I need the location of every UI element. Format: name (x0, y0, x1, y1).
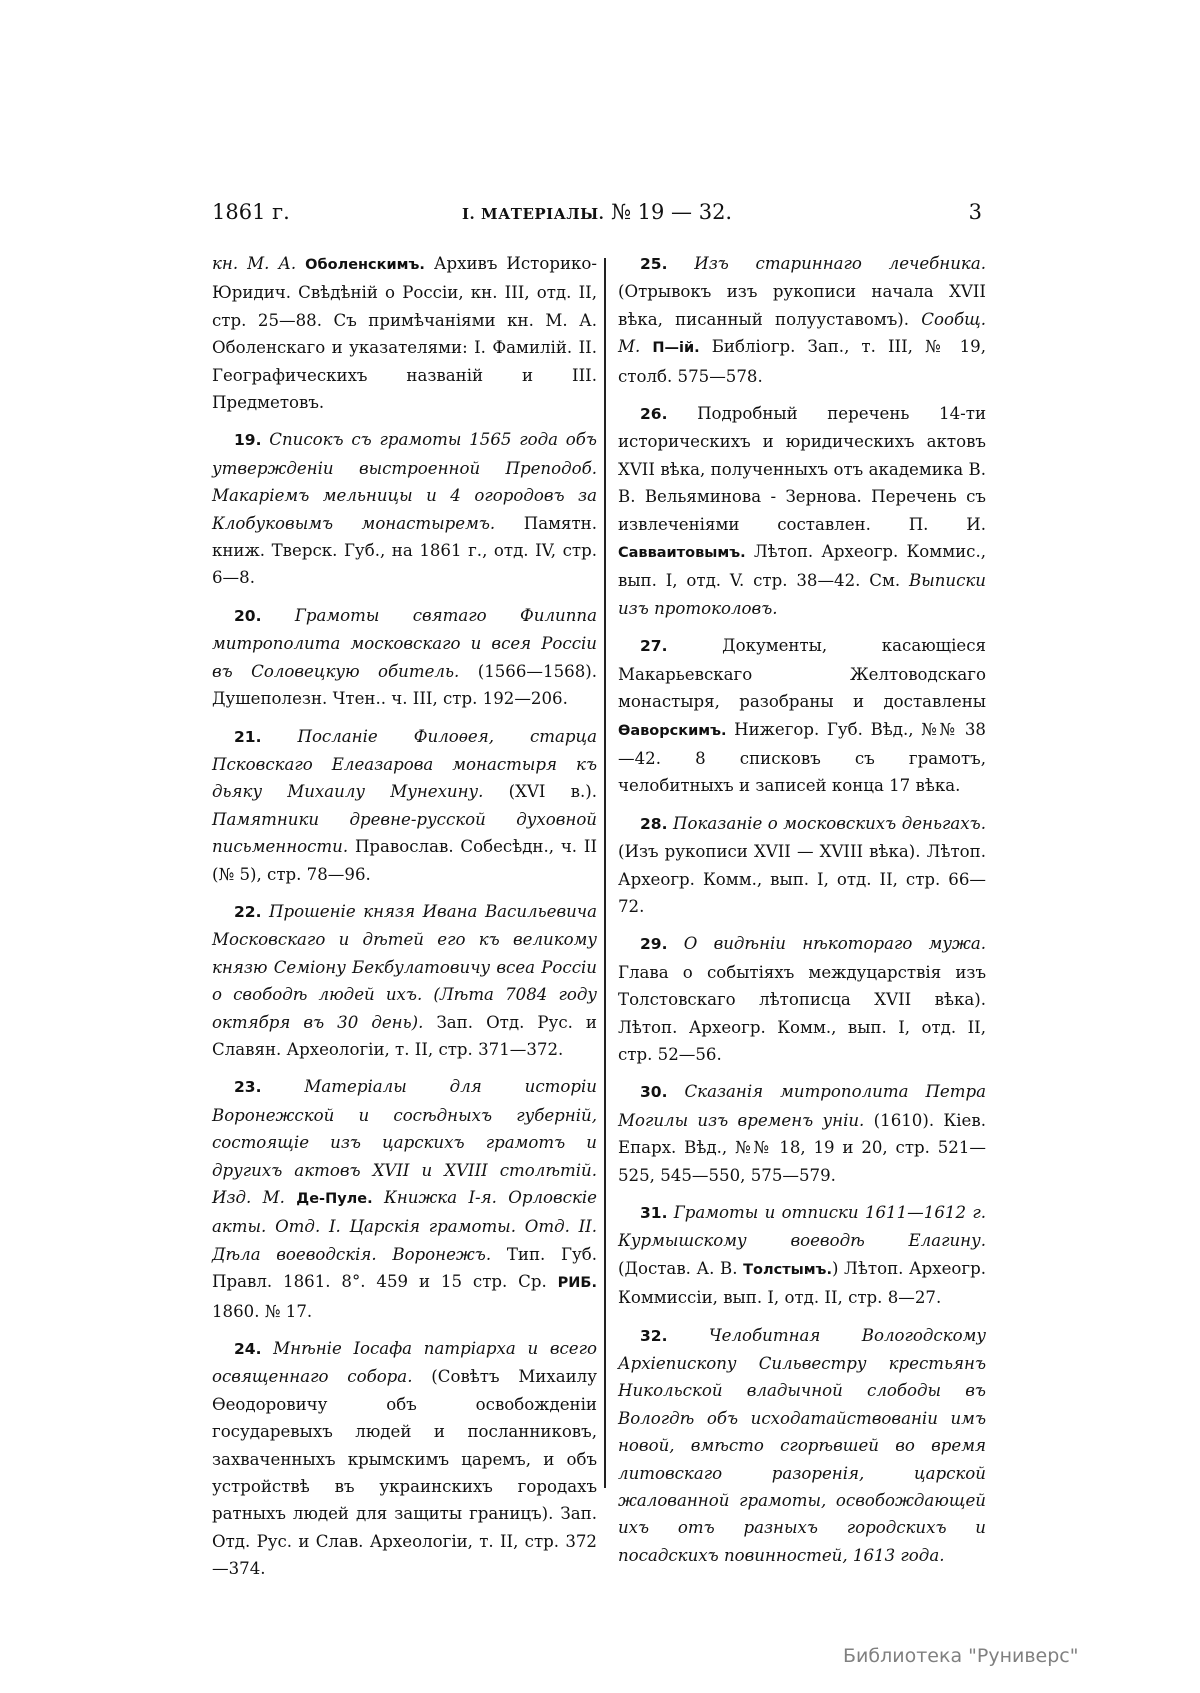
entry-author: Савваитовымъ. (618, 545, 746, 561)
entry-20: 20. Грамоты святаго Филиппа митрополита … (212, 602, 597, 713)
entry-title: Грамоты и отписки 1611—1612 г. Курмышско… (618, 1203, 986, 1250)
entry-number: 20. (234, 607, 261, 625)
header-section: I. МАТЕРІАЛЫ. (462, 205, 604, 223)
entry-28: 28. Показаніе о московскихъ деньгахъ. (И… (618, 810, 986, 921)
entry-number: 30. (640, 1083, 667, 1101)
entry-number: 27. (640, 637, 667, 655)
entry-number: 19. (234, 431, 261, 449)
entry-author: Толстымъ. (743, 1262, 832, 1278)
entry-title: О видѣніи нѣкотораго мужа. (684, 934, 986, 953)
entry-26: 26. Подробный перечень 14-ти исторически… (618, 400, 986, 622)
header-title: I. МАТЕРІАЛЫ. № 19 — 32. (462, 200, 732, 224)
header-range: № 19 — 32. (611, 200, 732, 224)
entry-24: 24. Мнѣніе Іосафа патріарха и всего освя… (212, 1335, 597, 1583)
entry-number: 23. (234, 1078, 261, 1096)
entry-title: Челобитная Вологодскому Архіепископу Сил… (618, 1326, 986, 1565)
entry-text: Глава о событіяхъ междуцарствія изъ Толс… (618, 963, 986, 1064)
left-column: кн. М. А. Оболенскимъ. Архивъ Историко-Ю… (212, 250, 597, 1593)
header-year: 1861 г. (212, 200, 290, 224)
entry-number: 21. (234, 728, 261, 746)
entry-text: (Изъ рукописи XVII — XVIII вѣка). Лѣтоп.… (618, 842, 986, 916)
entry-21: 21. Посланіе Филоѳея, старца Псковскаго … (212, 723, 597, 888)
entry-author: Де-Пуле. (296, 1191, 372, 1207)
entry-number: 29. (640, 935, 667, 953)
entry-author: Оболенскимъ. (305, 257, 425, 273)
entry-23: 23. Матеріалы для исторіи Воронежской и … (212, 1073, 597, 1325)
entry-29: 29. О видѣніи нѣкотораго мужа. Глава о с… (618, 930, 986, 1068)
entry-text: Архивъ Историко-Юридич. Свѣдѣній о Россі… (212, 254, 597, 412)
entry-number: 31. (640, 1204, 667, 1222)
page-number: 3 (969, 200, 982, 224)
entry-number: 22. (234, 903, 261, 921)
entry-25: 25. Изъ стариннаго лечебника. (Отрывокъ … (618, 250, 986, 390)
entry-abbrev: РИБ. (558, 1275, 597, 1291)
entry-number: 28. (640, 815, 667, 833)
library-watermark: Библиотека "Руниверс" (843, 1645, 1078, 1667)
entry-19: 19. Списокъ съ грамоты 1565 года объ утв… (212, 426, 597, 591)
entry-text: (XVI в.). (509, 782, 597, 801)
entry-30: 30. Сказанія митрополита Петра Могилы из… (618, 1078, 986, 1189)
entry-text: (Совѣтъ Михаилу Ѳеодоровичу объ освобожд… (212, 1367, 597, 1578)
entry-source: 1860. № 17. (212, 1302, 312, 1321)
entry-number: 32. (640, 1327, 667, 1345)
entry-text: (Достав. А. В. (618, 1259, 738, 1278)
entry-number: 24. (234, 1340, 261, 1358)
page-header: 1861 г. I. МАТЕРІАЛЫ. № 19 — 32. 3 (212, 200, 982, 234)
entry-continuation: кн. М. А. Оболенскимъ. Архивъ Историко-Ю… (212, 250, 597, 416)
entry-number: 25. (640, 255, 667, 273)
entry-author-prefix: кн. М. А. (212, 254, 296, 273)
entry-title: Показаніе о московскихъ деньгахъ. (673, 814, 986, 833)
entry-31: 31. Грамоты и отписки 1611—1612 г. Курмы… (618, 1199, 986, 1312)
entry-text: Подробный перечень 14-ти историческихъ и… (618, 404, 986, 534)
entry-author: П—ій. (652, 340, 699, 356)
entry-title: Изъ стариннаго лечебника. (694, 254, 986, 273)
entry-number: 26. (640, 405, 667, 423)
entry-author: Ѳаворскимъ. (618, 723, 726, 739)
column-divider (604, 258, 606, 1488)
entry-text: Документы, касающіеся Макарьевскаго Желт… (618, 636, 986, 711)
right-column: 25. Изъ стариннаго лечебника. (Отрывокъ … (618, 250, 986, 1579)
entry-22: 22. Прошеніе князя Ивана Васильевича Мос… (212, 898, 597, 1063)
entry-27: 27. Документы, касающіеся Макарьевскаго … (618, 632, 986, 799)
entry-32: 32. Челобитная Вологодскому Архіепископу… (618, 1322, 986, 1570)
